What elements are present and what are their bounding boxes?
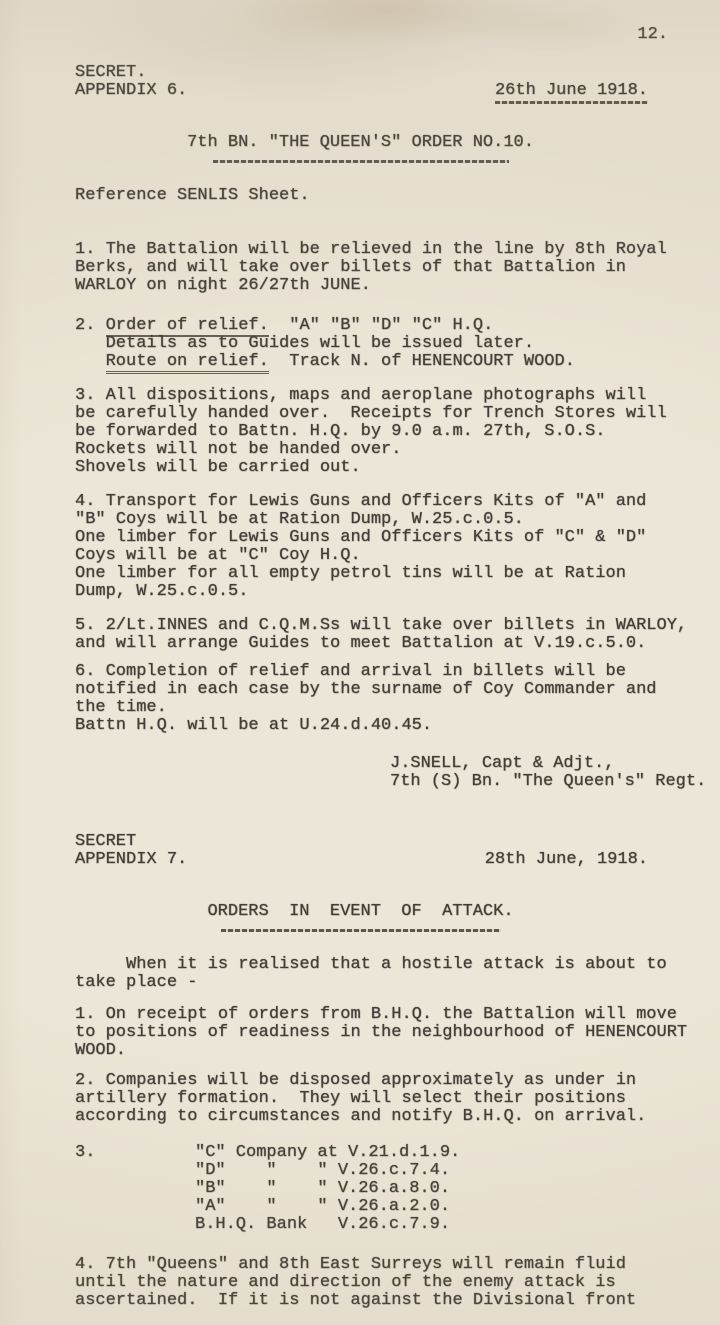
text-line: ascertained. If it is not against the Di… [75, 1292, 660, 1310]
text-line: "A" " " V.26.a.2.0. [195, 1198, 460, 1216]
text-line: "C" Company at V.21.d.1.9. [195, 1144, 460, 1162]
text-line: artillery formation. They will select th… [75, 1090, 660, 1108]
appendix-6-header: SECRET. APPENDIX 6. 26th June 1918. [75, 64, 660, 100]
text-line: 2. Order of relief. "A" "B" "D" "C" H.Q. [75, 317, 660, 335]
attack-paragraph-2: 2. Companies will be disposed approximat… [75, 1072, 660, 1126]
text-line: and will arrange Guides to meet Battalio… [75, 635, 660, 653]
text-line: according to circumstances and notify B.… [75, 1108, 660, 1126]
text-line: notified in each case by the surname of … [75, 681, 660, 699]
text-line: 7th (S) Bn. "The Queen's" Regt. [390, 773, 660, 791]
text-line: Coys will be at "C" Coy H.Q. [75, 547, 660, 565]
text-line: "D" " " V.26.c.7.4. [195, 1162, 460, 1180]
text-line: be carefully handed over. Receipts for T… [75, 405, 660, 423]
text-line: Shovels will be carried out. [75, 459, 660, 477]
date-label: 28th June, 1918. [485, 851, 648, 869]
text-line: Battn H.Q. will be at U.24.d.40.45. [75, 717, 660, 735]
attack-orders-title: ORDERS IN EVENT OF ATTACK. [61, 903, 660, 921]
paragraph-number: 2. [75, 316, 106, 335]
attack-paragraph-3: 3. "C" Company at V.21.d.1.9."D" " " V.2… [75, 1144, 660, 1234]
classification-label: SECRET. [75, 64, 660, 82]
text-line: until the nature and direction of the en… [75, 1274, 660, 1292]
classification-label: SECRET [75, 833, 660, 851]
attack-orders-title-underline [221, 929, 501, 932]
text-line: be forwarded to Battn. H.Q. by 9.0 a.m. … [75, 423, 660, 441]
text-segment: Details as to Guides will be issued late… [106, 334, 534, 353]
date-block: 28th June, 1918. [485, 851, 648, 869]
order-title: 7th BN. "THE QUEEN'S" ORDER NO.10. [61, 134, 660, 152]
paragraph-number: 3. [75, 1144, 195, 1234]
text-line: Berks, and will take over billets of tha… [75, 259, 660, 277]
appendix-7-header: SECRET APPENDIX 7. 28th June, 1918. [75, 833, 660, 869]
indent [75, 352, 106, 371]
text-line: "B" " " V.26.a.8.0. [195, 1180, 460, 1198]
text-line: J.SNELL, Capt & Adjt., [390, 755, 660, 773]
text-line: "B" Coys will be at Ration Dump, W.25.c.… [75, 511, 660, 529]
appendix-6-section: SECRET. APPENDIX 6. 26th June 1918. 7th … [75, 64, 660, 791]
text-line: WARLOY on night 26/27th JUNE. [75, 277, 660, 295]
indent [75, 334, 106, 353]
document-content: SECRET. APPENDIX 6. 26th June 1918. 7th … [0, 0, 720, 1310]
text-line: 5. 2/Lt.INNES and C.Q.M.Ss will take ove… [75, 617, 660, 635]
text-line: Dump, W.25.c.0.5. [75, 583, 660, 601]
company-position-list: "C" Company at V.21.d.1.9."D" " " V.26.c… [195, 1144, 460, 1234]
appendix-7-section: SECRET APPENDIX 7. 28th June, 1918. ORDE… [75, 833, 660, 1310]
document-page: 12. SECRET. APPENDIX 6. 26th June 1918. … [0, 0, 720, 1325]
reference-line: Reference SENLIS Sheet. [75, 187, 660, 205]
text-line: the time. [75, 699, 660, 717]
paragraph-3: 3. All dispositions, maps and aeroplane … [75, 387, 660, 477]
text-line: to positions of readiness in the neighbo… [75, 1024, 660, 1042]
underlined-phrase: Route on relief. [106, 352, 269, 374]
text-line: 3. All dispositions, maps and aeroplane … [75, 387, 660, 405]
text-line: 1. The Battalion will be relieved in the… [75, 241, 660, 259]
date-label: 26th June 1918. [495, 82, 648, 100]
attack-paragraph-4: 4. 7th "Queens" and 8th East Surreys wil… [75, 1256, 660, 1310]
paragraph-5: 5. 2/Lt.INNES and C.Q.M.Ss will take ove… [75, 617, 660, 653]
text-line: B.H.Q. Bank V.26.c.7.9. [195, 1216, 460, 1234]
text-line: 6. Completion of relief and arrival in b… [75, 663, 660, 681]
text-segment: Track N. of HENENCOURT WOOD. [269, 352, 575, 371]
signature-block: J.SNELL, Capt & Adjt.,7th (S) Bn. "The Q… [390, 755, 660, 791]
text-line: 1. On receipt of orders from B.H.Q. the … [75, 1006, 660, 1024]
date-underline [495, 101, 648, 104]
text-segment: "A" "B" "D" "C" H.Q. [269, 316, 493, 335]
text-line: 4. 7th "Queens" and 8th East Surreys wil… [75, 1256, 660, 1274]
text-line: 4. Transport for Lewis Guns and Officers… [75, 493, 660, 511]
paragraph-4: 4. Transport for Lewis Guns and Officers… [75, 493, 660, 601]
text-line: One limber for Lewis Guns and Officers K… [75, 529, 660, 547]
text-line: Route on relief. Track N. of HENENCOURT … [75, 353, 660, 371]
text-line: 2. Companies will be disposed approximat… [75, 1072, 660, 1090]
text-line: One limber for all empty petrol tins wil… [75, 565, 660, 583]
text-line: When it is realised that a hostile attac… [75, 956, 660, 974]
order-title-block: 7th BN. "THE QUEEN'S" ORDER NO.10. [61, 134, 660, 163]
date-block: 26th June 1918. [495, 82, 648, 104]
text-line: take place - [75, 974, 660, 992]
attack-orders-title-block: ORDERS IN EVENT OF ATTACK. [61, 903, 660, 932]
text-line: WOOD. [75, 1042, 660, 1060]
paragraph-1: 1. The Battalion will be relieved in the… [75, 241, 660, 295]
paragraph-2: 2. Order of relief. "A" "B" "D" "C" H.Q.… [75, 317, 660, 371]
attack-paragraph-1: 1. On receipt of orders from B.H.Q. the … [75, 1006, 660, 1060]
text-line: Details as to Guides will be issued late… [75, 335, 660, 353]
order-title-underline [213, 160, 509, 163]
intro-paragraph: When it is realised that a hostile attac… [75, 956, 660, 992]
paragraph-6: 6. Completion of relief and arrival in b… [75, 663, 660, 735]
text-line: Rockets will not be handed over. [75, 441, 660, 459]
